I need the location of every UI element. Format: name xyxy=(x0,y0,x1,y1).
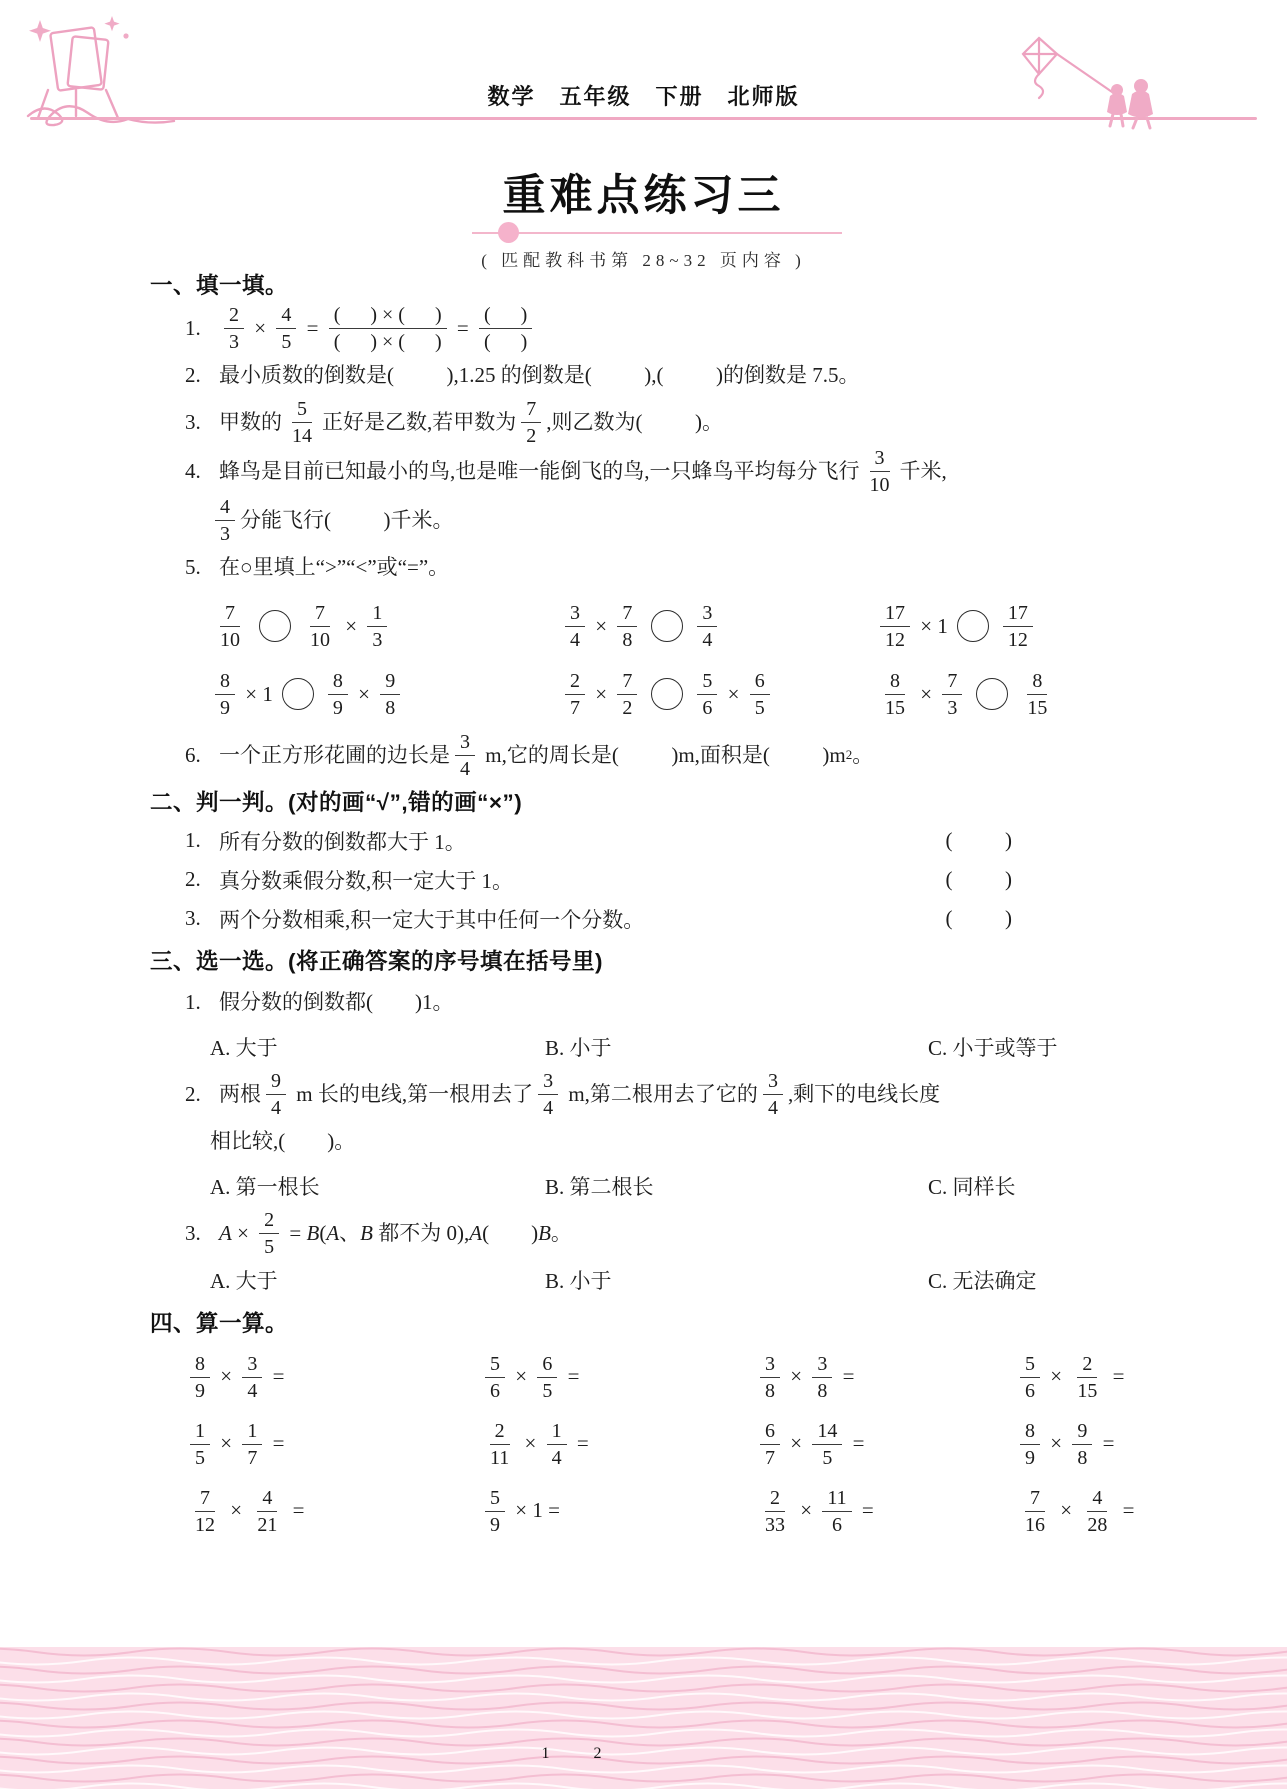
question-line: 1.假分数的倒数都( )1。 xyxy=(150,980,1142,1024)
text-run: 最小质数的倒数是( ),1.25 的倒数是( ),( )的倒数是 7.5。 xyxy=(219,360,859,390)
calc-row: 15 × 17 =211 × 14 =67 × 145 =89 × 98 = xyxy=(150,1415,1142,1473)
numerator: 5 xyxy=(292,398,312,423)
denominator: 7 xyxy=(565,695,585,718)
kite-children-icon xyxy=(1017,32,1167,132)
denominator: 16 xyxy=(1020,1512,1050,1535)
numerator: 3 xyxy=(565,602,585,627)
text-run: × xyxy=(722,679,744,709)
text-run: × xyxy=(590,611,612,641)
text-run: = xyxy=(267,1428,284,1458)
text-run: 千米, xyxy=(900,456,947,486)
calc-item: 67 × 145 = xyxy=(755,1415,1015,1473)
choice-row: A. 第一根长B. 第二根长C. 同样长 xyxy=(150,1166,1142,1206)
text-run: × xyxy=(915,679,937,709)
denominator: 5 xyxy=(276,329,296,352)
denominator: 7 xyxy=(760,1445,780,1468)
fraction: 34 xyxy=(697,602,717,650)
fraction: 65 xyxy=(750,670,770,718)
denominator: 7 xyxy=(242,1445,262,1468)
denominator: 3 xyxy=(215,521,235,544)
question-line: 5.在○里填上“>”“<”或“=”。 xyxy=(150,545,1142,589)
numerator: 1 xyxy=(242,1420,262,1445)
numerator: 2 xyxy=(259,1209,279,1234)
text-run: 。 xyxy=(551,1218,572,1248)
numerator: 8 xyxy=(885,670,905,695)
item-number: 3. xyxy=(185,410,219,435)
denominator: 3 xyxy=(942,695,962,718)
numerator: 7 xyxy=(617,602,637,627)
question-line: 2.两根94 m 长的电线,第一根用去了34 m,第二根用去了它的34,剩下的电… xyxy=(150,1070,1142,1118)
denominator: 2 xyxy=(521,423,541,446)
choice-option: B. 小于 xyxy=(545,1265,928,1295)
choice-option: B. 第二根长 xyxy=(545,1171,928,1201)
text-run: = xyxy=(562,1361,579,1391)
calc-row: 89 × 34 =56 × 65 =38 × 38 =56 × 215 = xyxy=(150,1348,1142,1406)
denominator: ( ) × ( ) xyxy=(329,329,447,352)
text-run: 两根 xyxy=(219,1079,261,1109)
fraction: 89 xyxy=(328,670,348,718)
numerator: 3 xyxy=(760,1353,780,1378)
fraction: 89 xyxy=(215,670,235,718)
denominator: 12 xyxy=(190,1512,220,1535)
denominator: 15 xyxy=(880,695,910,718)
item-number: 1. xyxy=(185,990,219,1015)
denominator: 33 xyxy=(760,1512,790,1535)
question-line: 4.蜂鸟是目前已知最小的鸟,也是唯一能倒飞的鸟,一只蜂鸟平均每分飞行310千米, xyxy=(150,447,1142,495)
calc-item: 233 × 116 = xyxy=(755,1482,1015,1540)
fraction: 428 xyxy=(1082,1487,1112,1535)
text-run: = xyxy=(301,313,323,343)
comparison-item: 710710 × 13 xyxy=(210,595,560,657)
comparison-item: 27 × 7256 × 65 xyxy=(560,663,875,725)
numerator: 1 xyxy=(367,602,387,627)
fraction: 38 xyxy=(812,1353,832,1401)
numerator: 5 xyxy=(485,1487,505,1512)
fraction: 514 xyxy=(287,398,317,446)
denominator: 9 xyxy=(485,1512,505,1535)
page-header: 数学 五年级 下册 北师版 xyxy=(0,0,1287,130)
item-number: 2. xyxy=(185,1082,219,1107)
text-run: 在○里填上“>”“<”或“=”。 xyxy=(219,552,449,582)
fraction: 310 xyxy=(865,447,895,495)
compare-circle xyxy=(282,678,314,710)
choice-row: A. 大于B. 小于C. 无法确定 xyxy=(150,1260,1142,1300)
text-run: = xyxy=(267,1361,284,1391)
item-number: 6. xyxy=(185,743,219,768)
text-run: × xyxy=(785,1361,807,1391)
comparison-item: 815 × 73815 xyxy=(875,663,1142,725)
fraction: 25 xyxy=(259,1209,279,1257)
text-run: = xyxy=(837,1361,854,1391)
text-run: × xyxy=(1045,1428,1067,1458)
text-run: × xyxy=(353,679,375,709)
text-run: × xyxy=(795,1495,817,1525)
numerator: ( ) xyxy=(479,304,532,329)
denominator: 15 xyxy=(1072,1378,1102,1401)
fraction: 56 xyxy=(485,1353,505,1401)
denominator: 8 xyxy=(380,695,400,718)
numerator: 8 xyxy=(215,670,235,695)
text-run: × xyxy=(590,679,612,709)
fraction: 233 xyxy=(760,1487,790,1535)
numerator: 2 xyxy=(565,670,585,695)
denominator: 8 xyxy=(760,1378,780,1401)
judge-text: 两个分数相乘,积一定大于其中任何一个分数。 xyxy=(219,904,946,934)
judge-line: 3.两个分数相乘,积一定大于其中任何一个分数。( ) xyxy=(150,899,1142,938)
text-run: × xyxy=(785,1428,807,1458)
fraction: 716 xyxy=(1020,1487,1050,1535)
judge-text: 真分数乘假分数,积一定大于 1。 xyxy=(219,865,946,895)
text-run: × xyxy=(1045,1361,1067,1391)
numerator: 11 xyxy=(822,1487,851,1512)
denominator: 14 xyxy=(287,423,317,446)
page-number: 2 xyxy=(594,1745,602,1763)
numerator: 3 xyxy=(812,1353,832,1378)
choice-option: A. 大于 xyxy=(210,1265,545,1295)
text-run: ,剩下的电线长度 xyxy=(788,1079,940,1109)
denominator: 4 xyxy=(763,1095,783,1118)
fraction: 815 xyxy=(880,670,910,718)
variable: A xyxy=(219,1218,232,1248)
fraction: 27 xyxy=(565,670,585,718)
calc-item: 15 × 17 = xyxy=(185,1415,480,1473)
text-run: = xyxy=(287,1495,304,1525)
section-heading: 一、填一填。 xyxy=(150,272,1142,300)
question-line: 2.最小质数的倒数是( ),1.25 的倒数是( ),( )的倒数是 7.5。 xyxy=(150,353,1142,397)
fraction: 215 xyxy=(1072,1353,1102,1401)
calc-item: 89 × 98 = xyxy=(1015,1415,1142,1473)
item-number: 2. xyxy=(185,867,219,892)
answer-parens: ( ) xyxy=(946,828,1013,853)
denominator: 4 xyxy=(547,1445,567,1468)
numerator: 7 xyxy=(1025,1487,1045,1512)
text-run: × xyxy=(340,611,362,641)
calc-item: 59 × 1 = xyxy=(480,1482,755,1540)
denominator: 6 xyxy=(1020,1378,1040,1401)
text-run: × xyxy=(225,1495,247,1525)
fraction: 34 xyxy=(538,1070,558,1118)
numerator: 9 xyxy=(1072,1420,1092,1445)
fraction: 78 xyxy=(617,602,637,650)
question-line: 3.A × 25 = B(A、B 都不为 0),A( )B。 xyxy=(150,1209,1142,1257)
numerator: ( ) × ( ) xyxy=(329,304,447,329)
calc-row: 712 × 421 =59 × 1 =233 × 116 =716 × 428 … xyxy=(150,1482,1142,1540)
question-line: 3.甲数的514正好是乙数,若甲数为72,则乙数为( )。 xyxy=(150,398,1142,446)
denominator: 4 xyxy=(538,1095,558,1118)
choice-option: A. 大于 xyxy=(210,1032,545,1062)
text-run: × xyxy=(249,313,271,343)
compare-circle xyxy=(976,678,1008,710)
fraction: 98 xyxy=(380,670,400,718)
compare-circle xyxy=(259,610,291,642)
denominator: 11 xyxy=(485,1445,514,1468)
denominator: 2 xyxy=(617,695,637,718)
variable: A xyxy=(469,1218,482,1248)
numerator: 7 xyxy=(942,670,962,695)
text-run: 都不为 0), xyxy=(373,1218,469,1248)
calc-item: 56 × 215 = xyxy=(1015,1348,1142,1406)
numerator: 4 xyxy=(1087,1487,1107,1512)
denominator: 10 xyxy=(865,472,895,495)
fraction: 89 xyxy=(1020,1420,1040,1468)
title-dot-icon xyxy=(498,222,519,243)
variable: B xyxy=(307,1218,320,1248)
text-run: = xyxy=(1107,1361,1124,1391)
text-run: m,它的周长是( )m,面积是( )m xyxy=(480,740,846,770)
fraction: 815 xyxy=(1022,670,1052,718)
text-run: m,第二根用去了它的 xyxy=(563,1079,758,1109)
text-run: × 1 = xyxy=(510,1495,560,1525)
comparison-row: 89 × 189 × 9827 × 7256 × 65815 × 73815 xyxy=(150,663,1142,725)
numerator: 3 xyxy=(763,1070,783,1095)
question-line: 6.一个正方形花圃的边长是34 m,它的周长是( )m,面积是( )m2。 xyxy=(150,731,1142,779)
numerator: 6 xyxy=(760,1420,780,1445)
text-run: = xyxy=(284,1218,306,1248)
numerator: 4 xyxy=(215,496,235,521)
calc-item: 89 × 34 = xyxy=(185,1348,480,1406)
text-run: = xyxy=(1097,1428,1114,1458)
calc-item: 56 × 65 = xyxy=(480,1348,755,1406)
text-run: = xyxy=(847,1428,864,1458)
comparison-item: 89 × 189 × 98 xyxy=(210,663,560,725)
item-number: 2. xyxy=(185,363,219,388)
section-heading: 二、判一判。(对的画“√”,错的画“×”) xyxy=(150,789,1142,817)
judge-line: 2.真分数乘假分数,积一定大于 1。( ) xyxy=(150,860,1142,899)
variable: A xyxy=(326,1218,339,1248)
denominator: 9 xyxy=(190,1378,210,1401)
numerator: 3 xyxy=(697,602,717,627)
fraction: 14 xyxy=(547,1420,567,1468)
fraction: 56 xyxy=(697,670,717,718)
numerator: 2 xyxy=(765,1487,785,1512)
numerator: 8 xyxy=(328,670,348,695)
denominator: 3 xyxy=(367,627,387,650)
variable: B xyxy=(360,1218,373,1248)
choice-option: C. 同样长 xyxy=(928,1171,1142,1201)
section-heading: 三、选一选。(将正确答案的序号填在括号里) xyxy=(150,948,1142,976)
denominator: 5 xyxy=(537,1378,557,1401)
fraction: 72 xyxy=(617,670,637,718)
text-run: 正好是乙数,若甲数为 xyxy=(322,407,516,437)
denominator: 4 xyxy=(697,627,717,650)
numerator: 2 xyxy=(1077,1353,1097,1378)
comparison-item: 34 × 7834 xyxy=(560,595,875,657)
numerator: 9 xyxy=(380,670,400,695)
numerator: 8 xyxy=(190,1353,210,1378)
fraction: 17 xyxy=(242,1420,262,1468)
text-run: 一个正方形花圃的边长是 xyxy=(219,740,450,770)
section-heading: 四、算一算。 xyxy=(150,1310,1142,1338)
numerator: 7 xyxy=(617,670,637,695)
item-number: 4. xyxy=(185,459,219,484)
choice-option: B. 小于 xyxy=(545,1032,928,1062)
numerator: 8 xyxy=(1027,670,1047,695)
denominator: 4 xyxy=(242,1378,262,1401)
numerator: 6 xyxy=(537,1353,557,1378)
calc-item: 712 × 421 = xyxy=(185,1482,480,1540)
denominator: 21 xyxy=(252,1512,282,1535)
worksheet-section: 二、判一判。(对的画“√”,错的画“×”)1.所有分数的倒数都大于 1。( )2… xyxy=(150,789,1142,938)
text-run: × 1 xyxy=(240,679,273,709)
fraction: ( ) × ( )( ) × ( ) xyxy=(329,304,447,352)
numerator: 3 xyxy=(870,447,890,472)
fraction: 65 xyxy=(537,1353,557,1401)
fraction: 56 xyxy=(1020,1353,1040,1401)
text-run: × xyxy=(510,1361,532,1391)
numerator: 3 xyxy=(538,1070,558,1095)
denominator: 15 xyxy=(1022,695,1052,718)
text-run: = xyxy=(1117,1495,1134,1525)
denominator: 5 xyxy=(259,1234,279,1257)
denominator: 28 xyxy=(1082,1512,1112,1535)
fraction: 34 xyxy=(763,1070,783,1118)
compare-circle xyxy=(957,610,989,642)
compare-circle xyxy=(651,678,683,710)
numerator: 2 xyxy=(224,304,244,329)
item-number: 3. xyxy=(185,906,219,931)
page-title: 重难点练习三 xyxy=(0,162,1287,223)
footer-wave-band xyxy=(0,1647,1287,1789)
denominator: 4 xyxy=(565,627,585,650)
question-line: 1.23 × 45 = ( ) × ( )( ) × ( ) = ( )( ) xyxy=(150,304,1142,352)
judge-text: 所有分数的倒数都大于 1。 xyxy=(219,826,946,856)
choice-option: A. 第一根长 xyxy=(210,1171,545,1201)
numerator: 5 xyxy=(1020,1353,1040,1378)
fraction: 67 xyxy=(760,1420,780,1468)
numerator: 14 xyxy=(812,1420,842,1445)
compare-circle xyxy=(651,610,683,642)
footer-page-numbers: 1 2 xyxy=(0,1745,1215,1763)
fraction: 421 xyxy=(252,1487,282,1535)
denominator: 3 xyxy=(224,329,244,352)
numerator: 4 xyxy=(257,1487,277,1512)
title-underline xyxy=(472,232,842,234)
denominator: 6 xyxy=(485,1378,505,1401)
text-run: ,则乙数为( )。 xyxy=(546,407,723,437)
numerator: 3 xyxy=(242,1353,262,1378)
fraction: 72 xyxy=(521,398,541,446)
numerator: 6 xyxy=(750,670,770,695)
calc-item: 211 × 14 = xyxy=(480,1415,755,1473)
denominator: ( ) xyxy=(479,329,532,352)
denominator: 5 xyxy=(817,1445,837,1468)
fraction: 710 xyxy=(215,602,245,650)
text-run: m 长的电线,第一根用去了 xyxy=(291,1079,533,1109)
denominator: 4 xyxy=(455,756,475,779)
item-number: 1. xyxy=(185,316,219,341)
numerator: 8 xyxy=(1020,1420,1040,1445)
fraction: 15 xyxy=(190,1420,210,1468)
worksheet-page: 数学 五年级 下册 北师版 重难点练习三 ( 匹配教科书第 28~32 页内容 xyxy=(0,0,1287,1789)
fraction: 23 xyxy=(224,304,244,352)
text-run: × xyxy=(215,1361,237,1391)
fraction: 34 xyxy=(455,731,475,779)
fraction: 116 xyxy=(822,1487,851,1535)
numerator: 7 xyxy=(220,602,240,627)
numerator: 5 xyxy=(697,670,717,695)
fraction: 34 xyxy=(242,1353,262,1401)
item-number: 1. xyxy=(185,828,219,853)
fraction: 34 xyxy=(565,602,585,650)
numerator: 7 xyxy=(310,602,330,627)
denominator: 10 xyxy=(215,627,245,650)
numerator: 7 xyxy=(521,398,541,423)
choice-option: C. 小于或等于 xyxy=(928,1032,1142,1062)
numerator: 17 xyxy=(880,602,910,627)
calc-item: 38 × 38 = xyxy=(755,1348,1015,1406)
text-run: = xyxy=(572,1428,589,1458)
comparison-item: 1712 × 11712 xyxy=(875,595,1142,657)
denominator: 6 xyxy=(697,695,717,718)
judge-line: 1.所有分数的倒数都大于 1。( ) xyxy=(150,821,1142,860)
numerator: 1 xyxy=(547,1420,567,1445)
denominator: 8 xyxy=(812,1378,832,1401)
denominator: 12 xyxy=(1003,627,1033,650)
text-run: 、 xyxy=(339,1218,360,1248)
fraction: 712 xyxy=(190,1487,220,1535)
fraction: 1712 xyxy=(1003,602,1033,650)
fraction: 1712 xyxy=(880,602,910,650)
denominator: 6 xyxy=(827,1512,847,1535)
calc-item: 716 × 428 = xyxy=(1015,1482,1142,1540)
fraction: 98 xyxy=(1072,1420,1092,1468)
text-run: = xyxy=(857,1495,874,1525)
text-run: 蜂鸟是目前已知最小的鸟,也是唯一能倒飞的鸟,一只蜂鸟平均每分飞行 xyxy=(219,456,860,486)
variable: B xyxy=(538,1218,551,1248)
numerator: 17 xyxy=(1003,602,1033,627)
question-line: 相比较,( )。 xyxy=(150,1119,1142,1163)
text-run: × xyxy=(1055,1495,1077,1525)
denominator: 5 xyxy=(190,1445,210,1468)
fraction: 145 xyxy=(812,1420,842,1468)
worksheet-section: 四、算一算。89 × 34 =56 × 65 =38 × 38 =56 × 21… xyxy=(150,1310,1142,1539)
denominator: 9 xyxy=(215,695,235,718)
fraction: 13 xyxy=(367,602,387,650)
denominator: 8 xyxy=(617,627,637,650)
denominator: 9 xyxy=(1020,1445,1040,1468)
text-run: 分能飞行( )千米。 xyxy=(240,505,454,535)
question-line: 43分能飞行( )千米。 xyxy=(150,496,1142,544)
denominator: 10 xyxy=(305,627,335,650)
denominator: 8 xyxy=(1072,1445,1092,1468)
worksheet-body: 一、填一填。1.23 × 45 = ( ) × ( )( ) × ( ) = (… xyxy=(150,262,1142,1549)
numerator: 7 xyxy=(195,1487,215,1512)
easel-decoration-icon xyxy=(24,16,184,131)
item-number: 3. xyxy=(185,1221,219,1246)
fraction: 59 xyxy=(485,1487,505,1535)
answer-parens: ( ) xyxy=(946,867,1013,892)
denominator: 9 xyxy=(328,695,348,718)
text-run: = xyxy=(452,313,474,343)
fraction: 211 xyxy=(485,1420,514,1468)
fraction: 94 xyxy=(266,1070,286,1118)
numerator: 3 xyxy=(455,731,475,756)
choice-option: C. 无法确定 xyxy=(928,1265,1142,1295)
denominator: 4 xyxy=(266,1095,286,1118)
numerator: 9 xyxy=(266,1070,286,1095)
text-run: × xyxy=(519,1428,541,1458)
fraction: 38 xyxy=(760,1353,780,1401)
numerator: 1 xyxy=(190,1420,210,1445)
text-run: ( ) xyxy=(482,1218,538,1248)
fraction: 89 xyxy=(190,1353,210,1401)
choice-row: A. 大于B. 小于C. 小于或等于 xyxy=(150,1027,1142,1067)
text-run: 相比较,( )。 xyxy=(210,1126,355,1156)
text-run: × xyxy=(232,1218,254,1248)
fraction: ( )( ) xyxy=(479,304,532,352)
denominator: 5 xyxy=(750,695,770,718)
numerator: 5 xyxy=(485,1353,505,1378)
